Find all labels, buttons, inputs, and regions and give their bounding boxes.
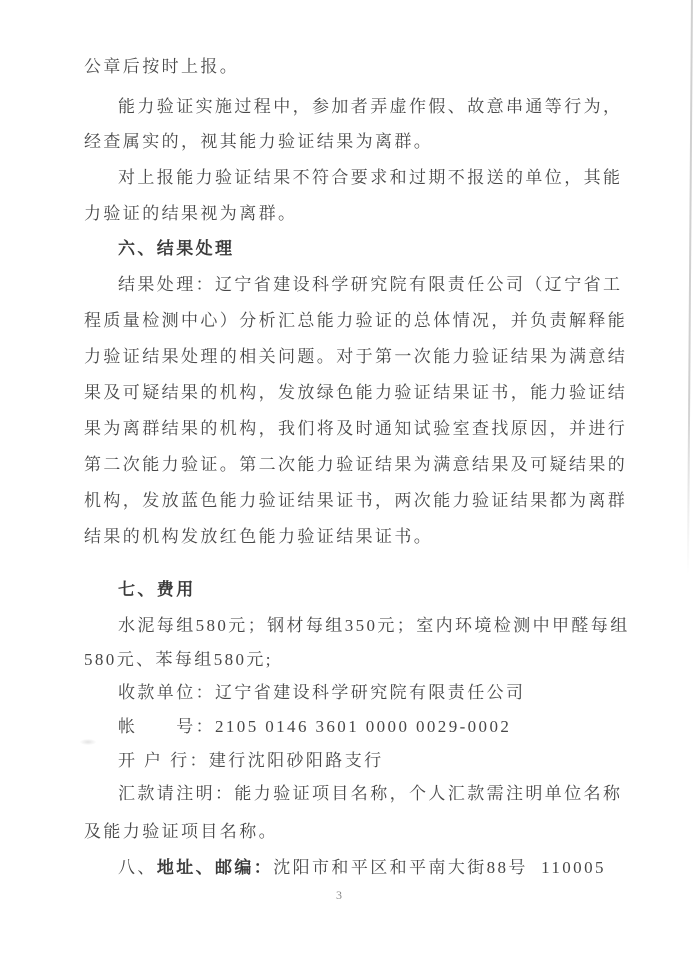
text-segment: 580元、苯每组580元; [84, 650, 273, 669]
text-segment: 汇款请注明：能力验证项目名称，个人汇款需注明单位名称 [118, 784, 622, 803]
text-segment: 开 户 行：建行沈阳砂阳路支行 [118, 751, 384, 770]
text-segment: 收款单位：辽宁省建设科学研究院有限责任公司 [118, 683, 525, 702]
text-segment: 公章后按时上报。 [84, 57, 239, 76]
scan-smudge-artifact [80, 739, 96, 745]
text-line: 经查属实的，视其能力验证结果为离群。 [84, 132, 433, 152]
text-line: 力验证结果处理的相关问题。对于第一次能力验证结果为满意结 [84, 347, 627, 367]
text-line: 580元、苯每组580元; [84, 650, 273, 670]
text-segment: 帐 号：2105 0146 3601 0000 0029-0002 [118, 717, 511, 736]
text-line: 及能力验证项目名称。 [84, 822, 278, 842]
text-segment: 力验证结果处理的相关问题。对于第一次能力验证结果为满意结 [84, 347, 627, 366]
text-line: 果为离群结果的机构，我们将及时通知试验室查找原因，并进行 [84, 419, 627, 439]
scanned-document-page: 公章后按时上报。能力验证实施过程中，参加者弄虚作假、故意串通等行为，经查属实的，… [0, 0, 700, 963]
text-segment: 八、 [118, 858, 157, 877]
text-line: 水泥每组580元；钢材每组350元；室内环境检测中甲醛每组 [118, 616, 630, 636]
text-segment: 机构，发放蓝色能力验证结果证书，两次能力验证结果都为离群 [84, 491, 627, 510]
text-line: 结果的机构发放红色能力验证结果证书。 [84, 527, 433, 547]
text-segment: 经查属实的，视其能力验证结果为离群。 [84, 132, 433, 151]
bank-line: 开 户 行：建行沈阳砂阳路支行 [118, 751, 384, 771]
text-segment: 七、费用 [118, 580, 196, 599]
section-eight-line: 八、地址、邮编：沈阳市和平区和平南大街88号 110005 [118, 858, 606, 878]
payee-line: 收款单位：辽宁省建设科学研究院有限责任公司 [118, 683, 525, 703]
text-line: 结果处理：辽宁省建设科学研究院有限责任公司（辽宁省工 [118, 275, 622, 295]
text-line: 汇款请注明：能力验证项目名称，个人汇款需注明单位名称 [118, 784, 622, 804]
text-segment: 力验证的结果视为离群。 [84, 204, 297, 223]
text-line: 力验证的结果视为离群。 [84, 204, 297, 224]
text-segment: 结果处理：辽宁省建设科学研究院有限责任公司（辽宁省工 [118, 275, 622, 294]
text-segment: 结果的机构发放红色能力验证结果证书。 [84, 527, 433, 546]
text-line: 程质量检测中心）分析汇总能力验证的总体情况，并负责解释能 [84, 311, 627, 331]
text-segment: 果及可疑结果的机构，发放绿色能力验证结果证书，能力验证结 [84, 383, 627, 402]
text-segment: 能力验证实施过程中，参加者弄虚作假、故意串通等行为， [118, 97, 622, 116]
account-number-line: 帐 号：2105 0146 3601 0000 0029-0002 [118, 717, 511, 737]
text-line: 能力验证实施过程中，参加者弄虚作假、故意串通等行为， [118, 97, 622, 117]
text-line: 机构，发放蓝色能力验证结果证书，两次能力验证结果都为离群 [84, 491, 627, 511]
text-segment: 及能力验证项目名称。 [84, 822, 278, 841]
text-segment: 沈阳市和平区和平南大街88号 110005 [273, 858, 606, 877]
text-line: 对上报能力验证结果不符合要求和过期不报送的单位，其能 [118, 168, 622, 188]
text-segment: 第二次能力验证。第二次能力验证结果为满意结果及可疑结果的 [84, 455, 627, 474]
text-segment: 果为离群结果的机构，我们将及时通知试验室查找原因，并进行 [84, 419, 627, 438]
text-line: 果及可疑结果的机构，发放绿色能力验证结果证书，能力验证结 [84, 383, 627, 403]
text-segment: 水泥每组580元；钢材每组350元；室内环境检测中甲醛每组 [118, 616, 630, 635]
text-segment: 程质量检测中心）分析汇总能力验证的总体情况，并负责解释能 [84, 311, 627, 330]
text-line: 公章后按时上报。 [84, 57, 239, 77]
text-segment: 地址、邮编： [157, 858, 273, 877]
text-line: 第二次能力验证。第二次能力验证结果为满意结果及可疑结果的 [84, 455, 627, 475]
text-segment: 对上报能力验证结果不符合要求和过期不报送的单位，其能 [118, 168, 622, 187]
section-six-header: 六、结果处理 [118, 239, 234, 259]
scan-edge-artifact [687, 0, 693, 574]
section-seven-header: 七、费用 [118, 580, 196, 600]
text-segment: 六、结果处理 [118, 239, 234, 258]
page-number: 3 [336, 888, 342, 903]
